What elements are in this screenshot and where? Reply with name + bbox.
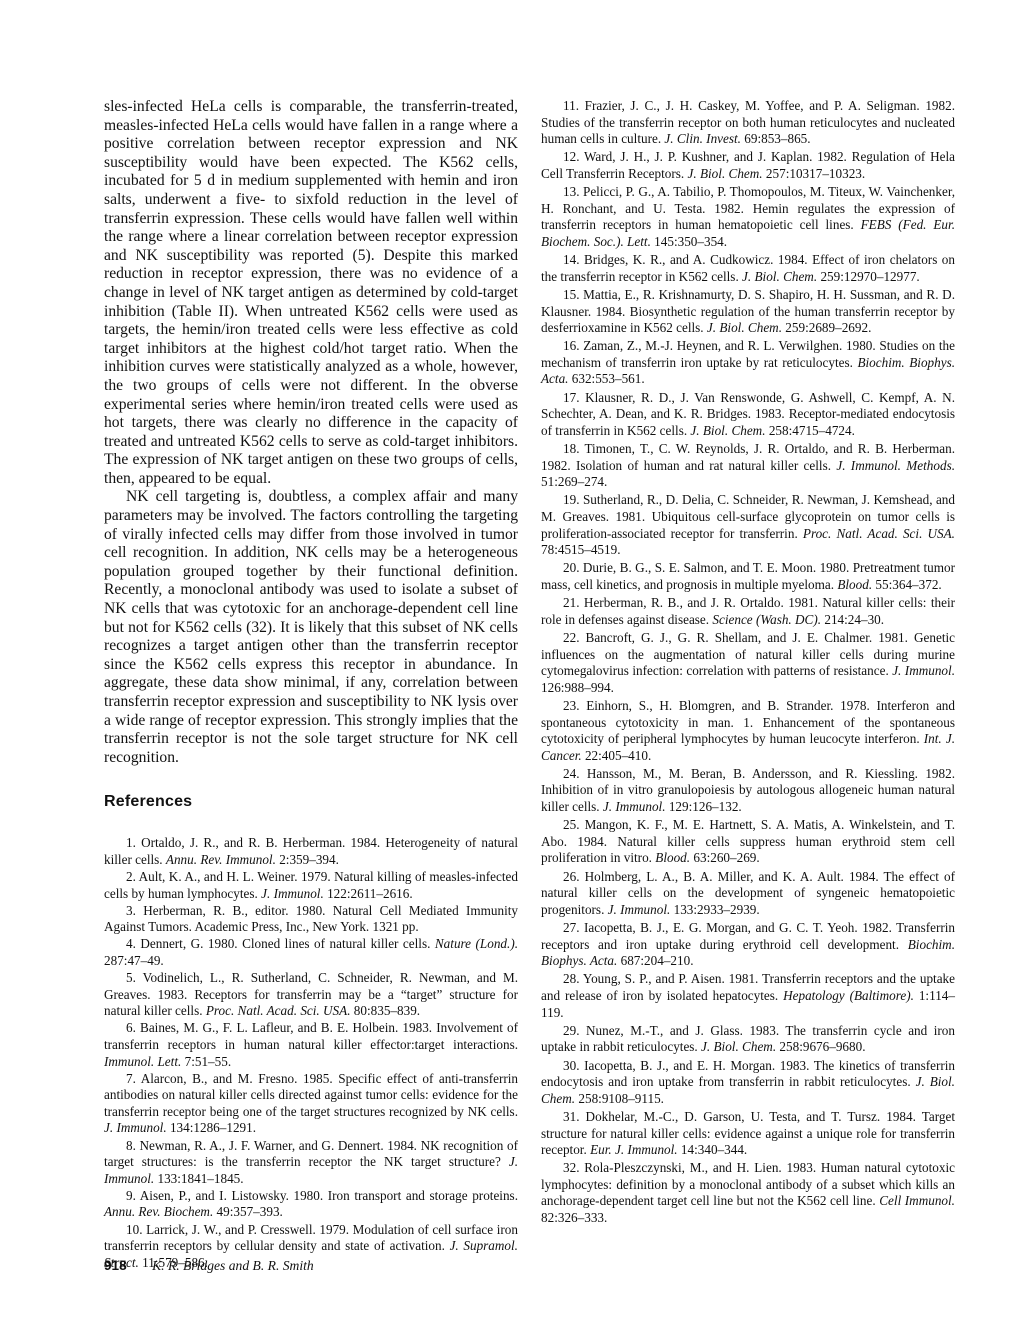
right-column: 11. Frazier, J. C., J. H. Caskey, M. Yof…	[541, 98, 955, 1228]
reference-volume-pages: 133:1841–1845.	[154, 1171, 243, 1186]
reference-item: 17. Klausner, R. D., J. Van Renswonde, G…	[541, 390, 955, 440]
reference-journal: Science (Wash. DC).	[712, 612, 821, 627]
reference-journal: J. Immunol.	[608, 902, 671, 917]
reference-journal: J. Immunol.	[261, 886, 324, 901]
reference-journal: J. Biol. Chem.	[701, 1039, 776, 1054]
reference-journal: Annu. Rev. Biochem.	[104, 1204, 213, 1219]
references-heading: References	[104, 793, 518, 811]
reference-list-left: 1. Ortaldo, J. R., and R. B. Herberman. …	[104, 835, 518, 1271]
reference-item: 9. Aisen, P., and I. Listowsky. 1980. Ir…	[104, 1188, 518, 1221]
reference-text: 27. Iacopetta, B. J., E. G. Morgan, and …	[541, 920, 955, 952]
reference-journal: Nature (Lond.).	[435, 936, 518, 951]
reference-item: 1. Ortaldo, J. R., and R. B. Herberman. …	[104, 835, 518, 868]
reference-volume-pages: 287:47–49.	[104, 953, 164, 968]
reference-item: 11. Frazier, J. C., J. H. Caskey, M. Yof…	[541, 98, 955, 148]
page-footer: 918 K. R. Bridges and B. R. Smith	[104, 1258, 314, 1274]
reference-journal: Immunol. Lett.	[104, 1054, 181, 1069]
reference-item: 14. Bridges, K. R., and A. Cudkowicz. 19…	[541, 252, 955, 285]
reference-volume-pages: 632:553–561.	[568, 371, 644, 386]
reference-volume-pages: 82:326–333.	[541, 1210, 607, 1225]
reference-volume-pages: 22:405–410.	[582, 748, 652, 763]
reference-text: 8. Newman, R. A., J. F. Warner, and G. D…	[104, 1138, 518, 1170]
reference-item: 22. Bancroft, G. J., G. R. Shellam, and …	[541, 630, 955, 696]
reference-volume-pages: 122:2611–2616.	[324, 886, 413, 901]
reference-volume-pages: 49:357–393.	[213, 1204, 283, 1219]
reference-item: 24. Hansson, M., M. Beran, B. Andersson,…	[541, 766, 955, 816]
reference-item: 19. Sutherland, R., D. Delia, C. Schneid…	[541, 492, 955, 558]
reference-volume-pages: 214:24–30.	[821, 612, 884, 627]
reference-journal: J. Immunol.	[892, 663, 955, 678]
reference-text: 7. Alarcon, B., and M. Fresno. 1985. Spe…	[104, 1071, 518, 1119]
reference-item: 21. Herberman, R. B., and J. R. Ortaldo.…	[541, 595, 955, 628]
reference-journal: Cell Immunol.	[879, 1193, 955, 1208]
body-paragraph: NK cell targeting is, doubtless, a compl…	[104, 488, 518, 767]
reference-journal: Proc. Natl. Acad. Sci. USA.	[803, 526, 955, 541]
reference-text: 4. Dennert, G. 1980. Cloned lines of nat…	[126, 936, 435, 951]
reference-journal: Blood.	[655, 850, 690, 865]
reference-text: 30. Iacopetta, B. J., and E. H. Morgan. …	[541, 1058, 955, 1090]
reference-journal: Eur. J. Immunol.	[590, 1142, 678, 1157]
reference-item: 25. Mangon, K. F., M. E. Hartnett, S. A.…	[541, 817, 955, 867]
reference-volume-pages: 257:10317–10323.	[763, 166, 866, 181]
reference-journal: J. Biol. Chem.	[707, 320, 782, 335]
reference-journal: Annu. Rev. Immunol.	[166, 852, 276, 867]
reference-text: 6. Baines, M. G., F. L. Lafleur, and B. …	[104, 1020, 518, 1052]
reference-volume-pages: 145:350–354.	[651, 234, 727, 249]
reference-volume-pages: 258:9108–9115.	[575, 1091, 664, 1106]
reference-item: 3. Herberman, R. B., editor. 1980. Natur…	[104, 903, 518, 936]
reference-journal: J. Biol. Chem.	[688, 166, 763, 181]
reference-volume-pages: 2:359–394.	[276, 852, 339, 867]
reference-journal: J. Biol. Chem.	[690, 423, 765, 438]
reference-item: 18. Timonen, T., C. W. Reynolds, J. R. O…	[541, 441, 955, 491]
reference-volume-pages: 69:853–865.	[741, 131, 811, 146]
reference-item: 26. Holmberg, L. A., B. A. Miller, and K…	[541, 869, 955, 919]
reference-volume-pages: 7:51–55.	[181, 1054, 231, 1069]
reference-volume-pages: 687:204–210.	[617, 953, 693, 968]
reference-volume-pages: 78:4515–4519.	[541, 542, 621, 557]
page-number: 918	[104, 1258, 127, 1273]
reference-volume-pages: 259:12970–12977.	[817, 269, 920, 284]
reference-volume-pages: 55:364–372.	[872, 577, 942, 592]
running-head: K. R. Bridges and B. R. Smith	[152, 1258, 314, 1273]
reference-item: 15. Mattia, E., R. Krishnamurty, D. S. S…	[541, 287, 955, 337]
reference-volume-pages: 259:2689–2692.	[782, 320, 871, 335]
reference-text: 9. Aisen, P., and I. Listowsky. 1980. Ir…	[126, 1188, 518, 1203]
reference-item: 2. Ault, K. A., and H. L. Weiner. 1979. …	[104, 869, 518, 902]
reference-journal: J. Clin. Invest.	[664, 131, 741, 146]
reference-item: 4. Dennert, G. 1980. Cloned lines of nat…	[104, 936, 518, 969]
reference-volume-pages: 129:126–132.	[666, 799, 742, 814]
reference-item: 13. Pelicci, P. G., A. Tabilio, P. Thomo…	[541, 184, 955, 250]
reference-journal: Hepatology (Baltimore).	[783, 988, 914, 1003]
reference-item: 6. Baines, M. G., F. L. Lafleur, and B. …	[104, 1020, 518, 1070]
reference-item: 30. Iacopetta, B. J., and E. H. Morgan. …	[541, 1058, 955, 1108]
reference-text: 23. Einhorn, S., H. Blomgren, and B. Str…	[541, 698, 955, 746]
reference-volume-pages: 258:4715–4724.	[766, 423, 855, 438]
reference-volume-pages: 63:260–269.	[690, 850, 760, 865]
reference-item: 20. Durie, B. G., S. E. Salmon, and T. E…	[541, 560, 955, 593]
reference-journal: J. Immunol. Methods.	[836, 458, 955, 473]
reference-item: 28. Young, S. P., and P. Aisen. 1981. Tr…	[541, 971, 955, 1021]
reference-volume-pages: 126:988–994.	[541, 680, 614, 695]
reference-volume-pages: 258:9676–9680.	[776, 1039, 865, 1054]
left-column: sles-infected HeLa cells is comparable, …	[104, 98, 518, 1272]
reference-text: 3. Herberman, R. B., editor. 1980. Natur…	[104, 903, 518, 935]
reference-journal: Blood.	[837, 577, 872, 592]
reference-list-right: 11. Frazier, J. C., J. H. Caskey, M. Yof…	[541, 98, 955, 1227]
reference-volume-pages: 133:2933–2939.	[670, 902, 759, 917]
reference-volume-pages: 134:1286–1291.	[167, 1120, 256, 1135]
reference-journal: Proc. Natl. Acad. Sci. USA.	[206, 1003, 351, 1018]
reference-item: 7. Alarcon, B., and M. Fresno. 1985. Spe…	[104, 1071, 518, 1137]
reference-item: 27. Iacopetta, B. J., E. G. Morgan, and …	[541, 920, 955, 970]
reference-journal: J. Biol. Chem.	[742, 269, 817, 284]
reference-item: 23. Einhorn, S., H. Blomgren, and B. Str…	[541, 698, 955, 764]
reference-item: 5. Vodinelich, L., R. Sutherland, C. Sch…	[104, 970, 518, 1020]
reference-item: 31. Dokhelar, M.-C., D. Garson, U. Testa…	[541, 1109, 955, 1159]
reference-item: 32. Rola-Pleszczynski, M., and H. Lien. …	[541, 1160, 955, 1226]
reference-volume-pages: 51:269–274.	[541, 474, 607, 489]
reference-item: 12. Ward, J. H., J. P. Kushner, and J. K…	[541, 149, 955, 182]
reference-journal: J. Immunol.	[104, 1120, 167, 1135]
reference-journal: J. Immunol.	[603, 799, 666, 814]
reference-item: 8. Newman, R. A., J. F. Warner, and G. D…	[104, 1138, 518, 1188]
reference-item: 29. Nunez, M.-T., and J. Glass. 1983. Th…	[541, 1023, 955, 1056]
body-paragraph: sles-infected HeLa cells is comparable, …	[104, 98, 518, 488]
reference-volume-pages: 80:835–839.	[351, 1003, 421, 1018]
reference-item: 16. Zaman, Z., M.-J. Heynen, and R. L. V…	[541, 338, 955, 388]
reference-volume-pages: 14:340–344.	[678, 1142, 748, 1157]
